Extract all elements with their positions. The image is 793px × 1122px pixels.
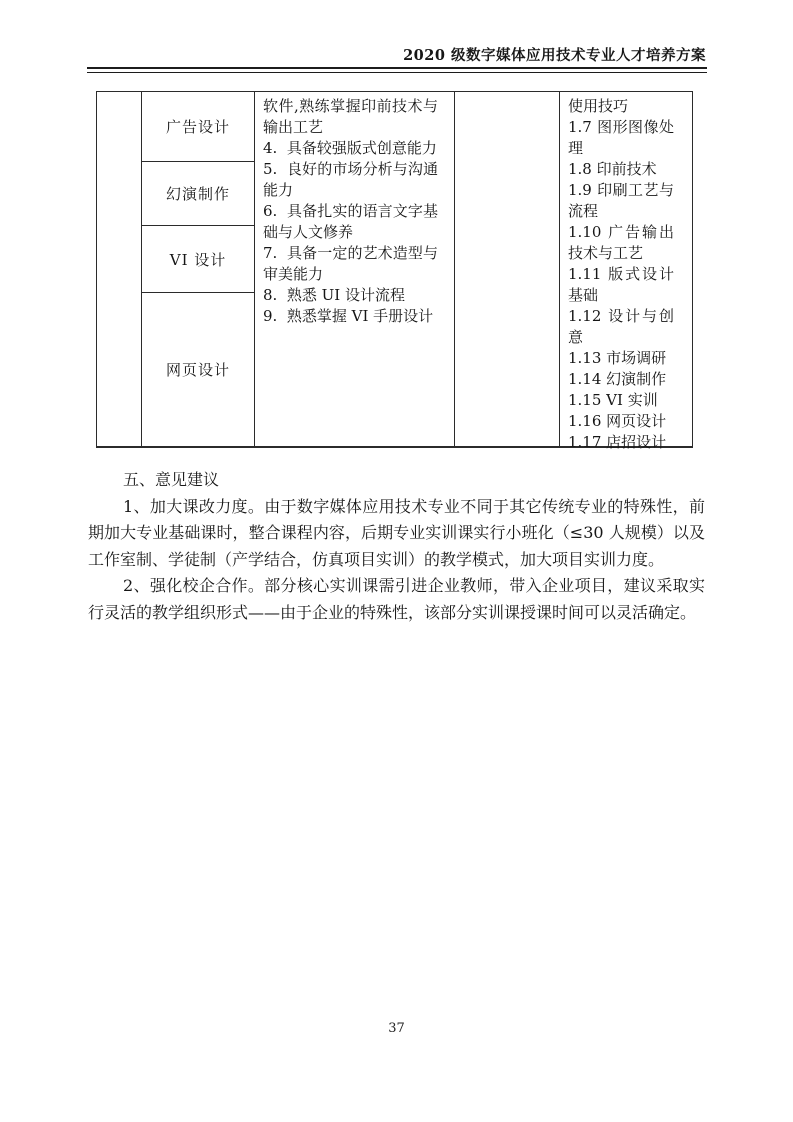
course-item: 1.10 广告输出技术与工艺 [568,222,674,264]
job-label-cell: VI 设计 [142,226,254,293]
ability-item: 7. 具备一定的艺术造型与审美能力 [263,243,438,285]
ability-item: 8. 熟悉 UI 设计流程 [263,285,438,306]
suggestions-section: 五、意见建议 1、加大课改力度。由于数字媒体应用技术专业不同于其它传统专业的特殊… [88,467,705,626]
page-number: 37 [0,1021,793,1036]
suggestion-paragraph: 1、加大课改力度。由于数字媒体应用技术专业不同于其它传统专业的特殊性，前期加大专… [88,494,705,574]
course-item: 使用技巧 [568,96,674,117]
job-label-cell: 网页设计 [142,293,254,446]
course-item: 1.13 市场调研 [568,348,674,369]
course-item: 1.12 设计与创意 [568,306,674,348]
section-heading: 五、意见建议 [88,467,705,494]
ability-item: 5. 良好的市场分析与沟通能力 [263,159,438,201]
header-double-rule [87,67,707,73]
table-empty-middle-column [455,92,560,446]
ability-item: 9. 熟悉掌握 VI 手册设计 [263,306,438,327]
document-page: 2020 级数字媒体应用技术专业人才培养方案 广告设计 幻演制作 VI 设计 网… [0,0,793,1122]
ability-item: 4. 具备较强版式创意能力 [263,138,438,159]
course-item: 1.9 印刷工艺与流程 [568,180,674,222]
job-label-cell: 幻演制作 [142,162,254,226]
course-item: 1.11 版式设计基础 [568,264,674,306]
page-header-title: 2020 级数字媒体应用技术专业人才培养方案 [403,44,706,65]
curriculum-table: 广告设计 幻演制作 VI 设计 网页设计 软件,熟练掌握印前技术与输出工艺 4.… [96,91,693,448]
ability-item: 软件,熟练掌握印前技术与输出工艺 [263,96,438,138]
course-item: 1.8 印前技术 [568,159,674,180]
course-item: 1.17 店招设计 [568,432,674,453]
course-item: 1.16 网页设计 [568,411,674,432]
job-position-column: 广告设计 幻演制作 VI 设计 网页设计 [142,92,255,446]
course-item: 1.15 VI 实训 [568,390,674,411]
course-list-cell: 使用技巧 1.7 图形图像处理 1.8 印前技术 1.9 印刷工艺与流程 1.1… [560,92,692,446]
course-item: 1.14 幻演制作 [568,369,674,390]
course-item: 1.7 图形图像处理 [568,117,674,159]
suggestion-paragraph: 2、强化校企合作。部分核心实训课需引进企业教师，带入企业项目，建议采取实行灵活的… [88,573,705,626]
table-empty-left-column [97,92,142,446]
ability-requirements-cell: 软件,熟练掌握印前技术与输出工艺 4. 具备较强版式创意能力 5. 良好的市场分… [255,92,455,446]
job-label-cell: 广告设计 [142,92,254,162]
ability-item: 6. 具备扎实的语言文字基础与人文修养 [263,201,438,243]
